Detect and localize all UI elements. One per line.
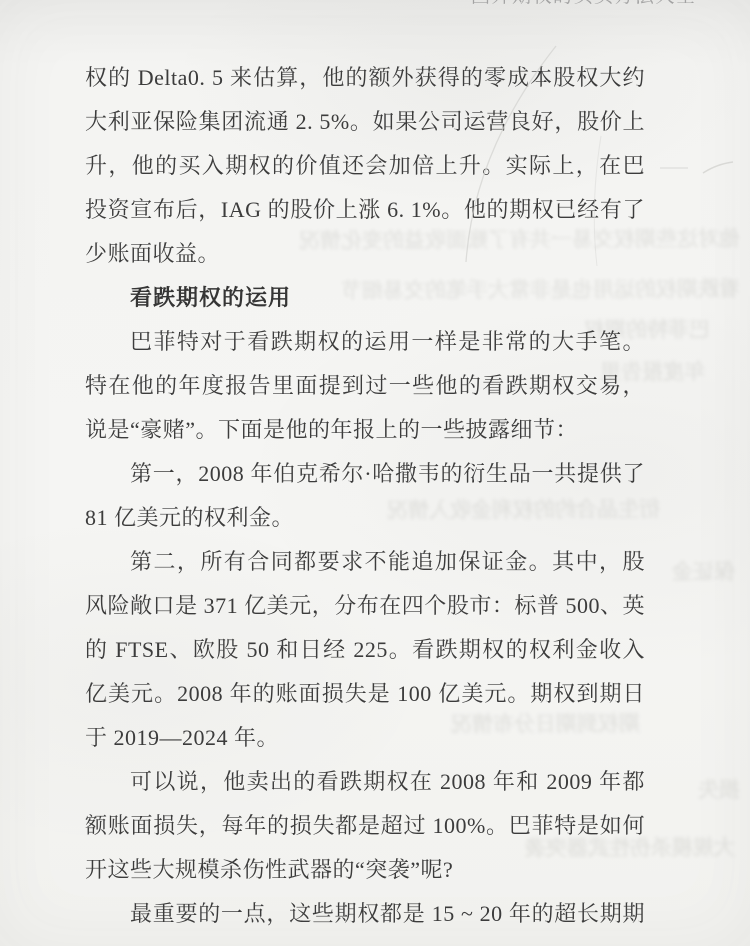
text-line: 于 2019—2024 年。: [85, 716, 645, 760]
text-line: 最重要的一点，这些期权都是 15 ~ 20 年的超长期期权，: [85, 892, 645, 936]
running-header: 国外期权的买卖方法大全: [471, 0, 701, 7]
text-line: 巴菲特对于看跌期权的运用一样是非常的大手笔。巴菲: [85, 320, 645, 364]
text-line: 升，他的买入期权的价值还会加倍上升。实际上，在巴菲特: [85, 144, 645, 188]
text-line: 投资宣布后，IAG 的股价上涨 6. 1%。他的期权已经有了不: [85, 188, 645, 232]
text-line: 风险敞口是 371 亿美元，分布在四个股市：标普 500、英国: [85, 584, 645, 628]
text-line: 的 FTSE、欧股 50 和日经 225。看跌期权的权利金收入是 49: [85, 628, 645, 672]
text-line: 特在他的年度报告里面提到过一些他的看跌期权交易，可以: [85, 364, 645, 408]
section-heading: 看跌期权的运用: [85, 276, 645, 320]
text-line: 权的 Delta0. 5 来估算，他的额外获得的零成本股权大约是澳: [85, 56, 645, 100]
text-block: 权的 Delta0. 5 来估算，他的额外获得的零成本股权大约是澳 大利亚保险集…: [85, 56, 645, 936]
scanned-book-page: 国外期权的买卖方法大全 他对这些期权交易一共有了账面收益的变化情况 看跌期权的运…: [0, 0, 750, 946]
text-line: 少账面收益。: [85, 232, 645, 276]
text-line: 说是“豪赌”。下面是他的年报上的一些披露细节：: [85, 408, 645, 452]
bleedthrough-text: 损失: [655, 778, 740, 804]
text-line: 额账面损失，每年的损失都是超过 100%。巴菲特是如何避: [85, 804, 645, 848]
text-line: 第一，2008 年伯克希尔·哈撒韦的衍生品一共提供了: [85, 452, 645, 496]
text-line: 大利亚保险集团流通 2. 5%。如果公司运营良好，股价上: [85, 100, 645, 144]
text-line: 亿美元。2008 年的账面损失是 100 亿美元。期权到期日分布: [85, 672, 645, 716]
text-line: 开这些大规模杀伤性武器的“突袭”呢?: [85, 848, 645, 892]
bleedthrough-text: 保证金: [640, 560, 735, 586]
text-line: 第二，所有合同都要求不能追加保证金。其中，股市的: [85, 540, 645, 584]
text-line: 可以说，他卖出的看跌期权在 2008 年和 2009 年都是巨: [85, 760, 645, 804]
text-line: 81 亿美元的权利金。: [85, 496, 645, 540]
